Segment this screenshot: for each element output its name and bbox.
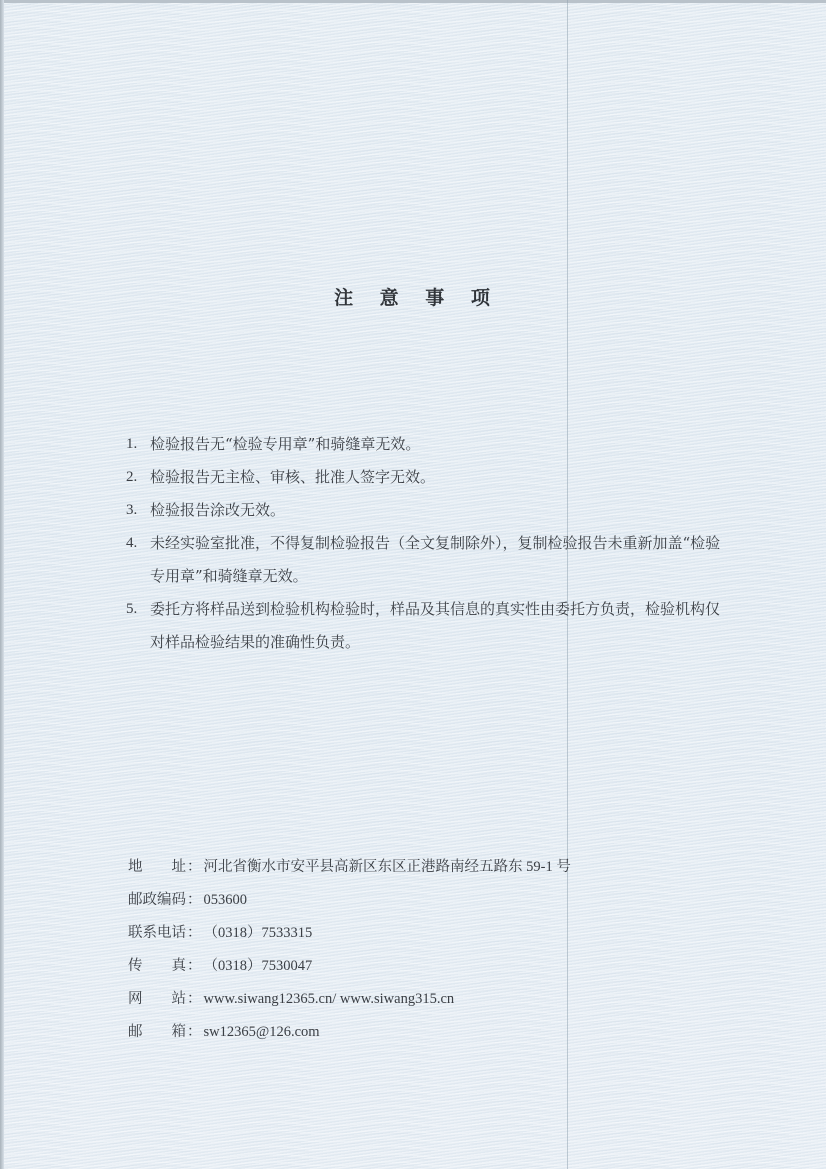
contact-postcode: 邮政编码 ： 053600 [128, 884, 688, 917]
notice-text: 委托方将样品送到检验机构检验时，样品及其信息的真实性由委托方负责，检验机构仅对样… [150, 593, 726, 659]
fax-label: 传真 [128, 950, 186, 983]
phone-value: （0318）7533315 [204, 917, 313, 950]
notice-item: 4. 未经实验室批准，不得复制检验报告（全文复制除外），复制检验报告未重新加盖“… [126, 527, 726, 593]
notice-number: 1. [126, 428, 150, 461]
notice-item: 3. 检验报告涂改无效。 [126, 494, 726, 527]
contact-website: 网站 ： www.siwang12365.cn/ www.siwang315.c… [128, 983, 688, 1016]
contact-email: 邮箱 ： sw12365@126.com [128, 1016, 688, 1049]
contact-address: 地址 ： 河北省衡水市安平县高新区东区正港路南经五路东 59-1 号 [128, 851, 688, 884]
phone-label: 联系电话 [128, 917, 186, 950]
notice-item: 5. 委托方将样品送到检验机构检验时，样品及其信息的真实性由委托方负责，检验机构… [126, 593, 726, 659]
notice-number: 5. [126, 593, 150, 626]
notice-text: 未经实验室批准，不得复制检验报告（全文复制除外），复制检验报告未重新加盖“检验专… [150, 527, 726, 593]
contact-fax: 传真 ： （0318）7530047 [128, 950, 688, 983]
postcode-value: 053600 [204, 884, 248, 917]
notice-list: 1. 检验报告无“检验专用章”和骑缝章无效。 2. 检验报告无主检、审核、批准人… [126, 428, 726, 659]
page-title: 注 意 事 项 [0, 283, 826, 310]
fax-value: （0318）7530047 [204, 950, 313, 983]
address-label: 地址 [128, 851, 186, 884]
website-label: 网站 [128, 983, 186, 1016]
contact-info: 地址 ： 河北省衡水市安平县高新区东区正港路南经五路东 59-1 号 邮政编码 … [128, 851, 688, 1049]
scan-top-edge [0, 0, 826, 3]
email-value[interactable]: sw12365@126.com [204, 1016, 320, 1049]
contact-phone: 联系电话 ： （0318）7533315 [128, 917, 688, 950]
notice-number: 3. [126, 494, 150, 527]
notice-item: 2. 检验报告无主检、审核、批准人签字无效。 [126, 461, 726, 494]
website-colon: ： [187, 983, 202, 1016]
phone-colon: ： [187, 917, 202, 950]
notice-text: 检验报告无“检验专用章”和骑缝章无效。 [150, 428, 726, 461]
notice-number: 2. [126, 461, 150, 494]
scan-left-edge [0, 0, 4, 1169]
notice-text: 检验报告无主检、审核、批准人签字无效。 [150, 461, 726, 494]
notice-item: 1. 检验报告无“检验专用章”和骑缝章无效。 [126, 428, 726, 461]
postcode-label: 邮政编码 [128, 884, 186, 917]
email-colon: ： [187, 1016, 202, 1049]
address-value: 河北省衡水市安平县高新区东区正港路南经五路东 59-1 号 [204, 851, 571, 884]
notice-text: 检验报告涂改无效。 [150, 494, 726, 527]
address-colon: ： [187, 851, 202, 884]
fax-colon: ： [187, 950, 202, 983]
notice-number: 4. [126, 527, 150, 560]
email-label: 邮箱 [128, 1016, 186, 1049]
postcode-colon: ： [187, 884, 202, 917]
website-value[interactable]: www.siwang12365.cn/ www.siwang315.cn [204, 983, 455, 1016]
